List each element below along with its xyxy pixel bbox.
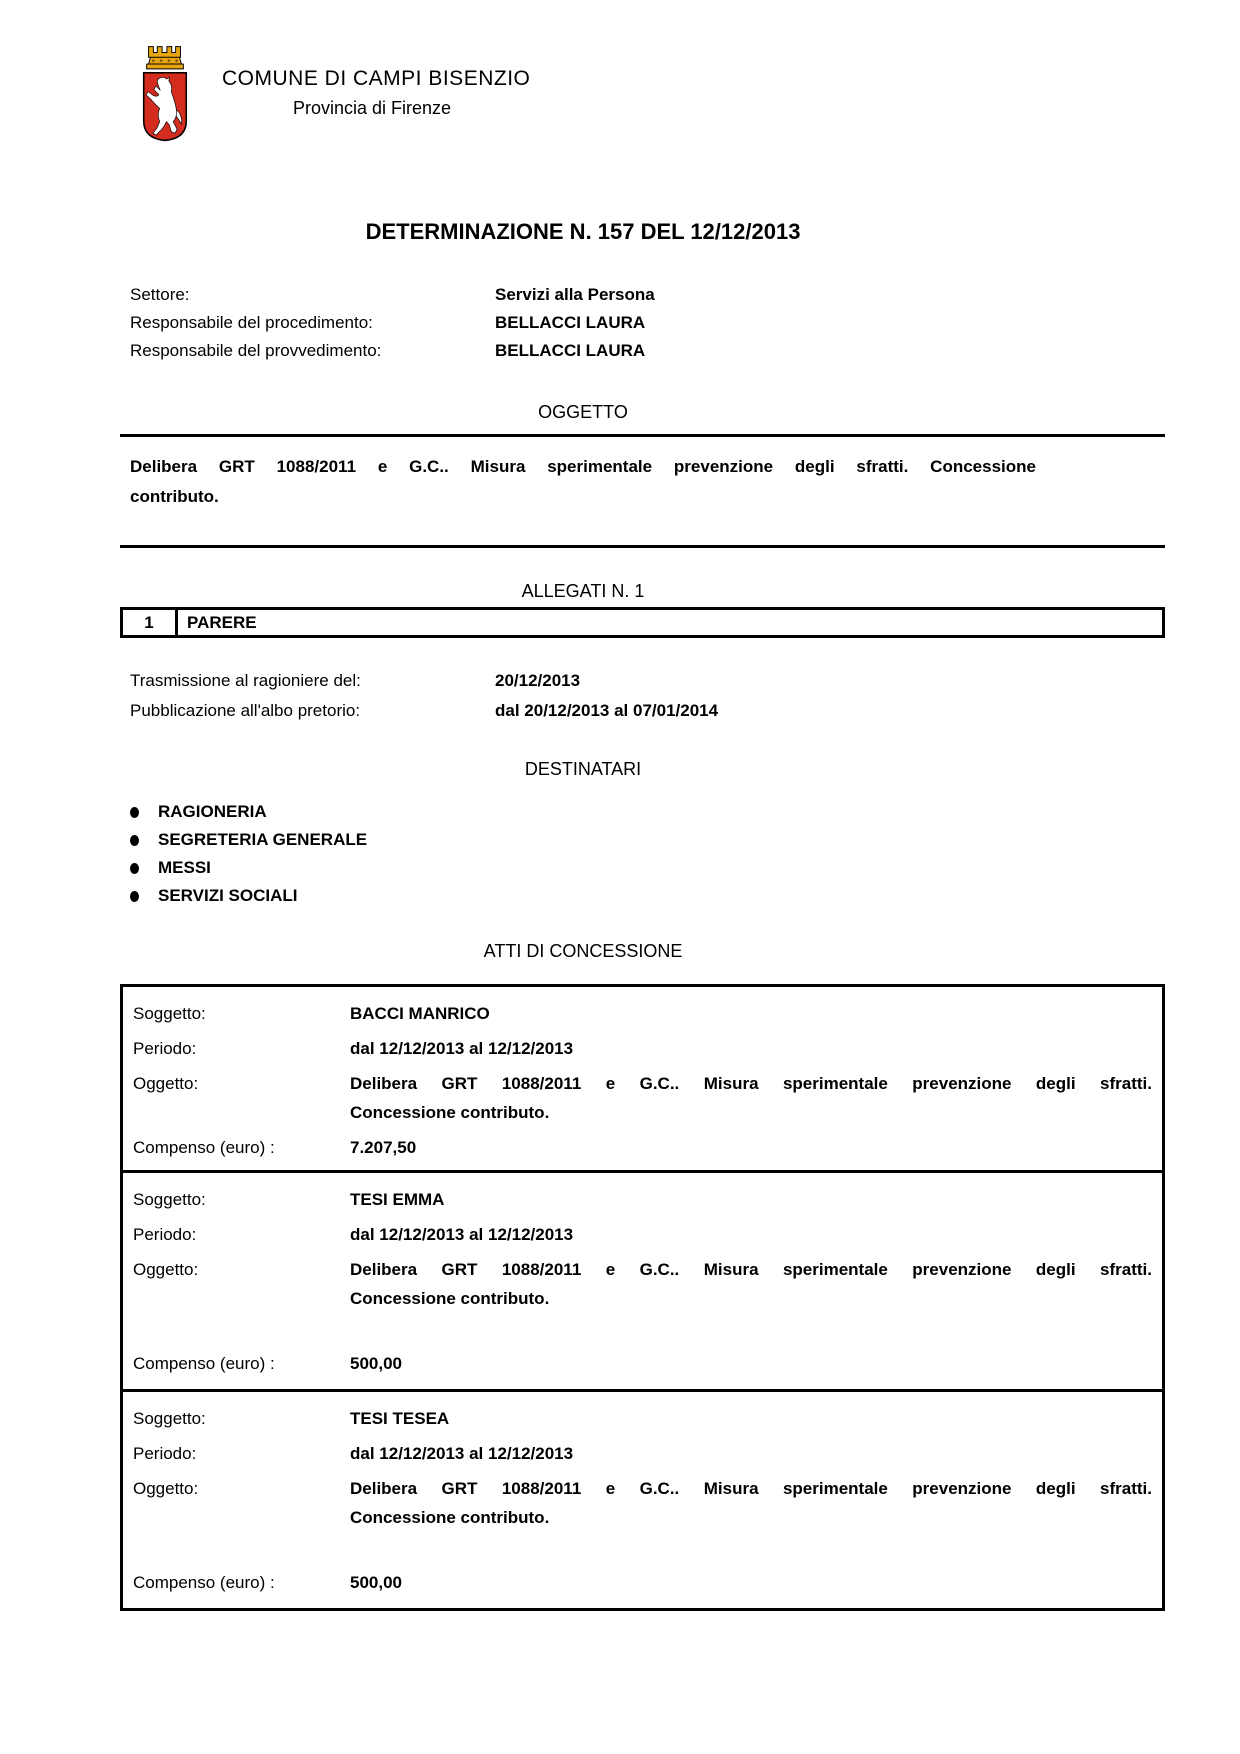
periodo-value: dal 12/12/2013 al 12/12/2013 <box>350 1034 1152 1063</box>
pubblicazione-value: dal 20/12/2013 al 07/01/2014 <box>495 696 718 726</box>
oggetto-value-line1: Delibera GRT 1088/2011 e G.C.. Misura sp… <box>350 1474 1152 1503</box>
oggetto-value: Delibera GRT 1088/2011 e G.C.. Misura sp… <box>350 1255 1152 1313</box>
destinatari-item-label: MESSI <box>158 858 211 878</box>
allegati-row-number: 1 <box>123 610 178 635</box>
allegati-row-name: PARERE <box>178 610 1162 635</box>
destinatari-item-label: SERVIZI SOCIALI <box>158 886 298 906</box>
atti-oggetto-row: Oggetto: Delibera GRT 1088/2011 e G.C.. … <box>133 1255 1152 1313</box>
bullet-icon <box>130 863 139 874</box>
atti-heading: ATTI DI CONCESSIONE <box>130 941 1036 961</box>
atti-soggetto-row: Soggetto: BACCI MANRICO <box>133 999 1152 1028</box>
oggetto-value-line1: Delibera GRT 1088/2011 e G.C.. Misura sp… <box>350 1069 1152 1098</box>
atti-oggetto-row: Oggetto: Delibera GRT 1088/2011 e G.C.. … <box>133 1069 1152 1127</box>
atti-compenso-row: Compenso (euro) : 7.207,50 <box>133 1133 1152 1162</box>
crest-crown-icon <box>147 47 184 69</box>
info-label: Responsabile del provvedimento: <box>130 337 495 365</box>
divider <box>120 434 1165 437</box>
destinatari-item: SEGRETERIA GENERALE <box>130 826 830 854</box>
allegati-table: 1 PARERE <box>120 607 1165 638</box>
destinatari-item: MESSI <box>130 854 830 882</box>
oggetto-value: Delibera GRT 1088/2011 e G.C.. Misura sp… <box>350 1474 1152 1532</box>
destinatari-item-label: RAGIONERIA <box>158 802 267 822</box>
municipality-name: COMUNE DI CAMPI BISENZIO <box>222 66 522 92</box>
periodo-value: dal 12/12/2013 al 12/12/2013 <box>350 1220 1152 1249</box>
info-label: Settore: <box>130 281 495 309</box>
trasmissione-label: Trasmissione al ragioniere del: <box>130 666 495 696</box>
atti-periodo-row: Periodo: dal 12/12/2013 al 12/12/2013 <box>133 1439 1152 1468</box>
oggetto-label: Oggetto: <box>133 1474 350 1532</box>
info-row-resp-procedimento: Responsabile del procedimento: BELLACCI … <box>130 309 1120 337</box>
info-section: Settore: Servizi alla Persona Responsabi… <box>130 281 1120 365</box>
trasmissione-section: Trasmissione al ragioniere del: 20/12/20… <box>130 666 1120 726</box>
atti-box-3: Soggetto: TESI TESEA Periodo: dal 12/12/… <box>120 1389 1165 1611</box>
document-page: COMUNE DI CAMPI BISENZIO Provincia di Fi… <box>0 0 1240 1754</box>
compenso-label: Compenso (euro) : <box>133 1568 350 1597</box>
compenso-value: 500,00 <box>350 1349 1152 1378</box>
header-text: COMUNE DI CAMPI BISENZIO Provincia di Fi… <box>222 66 522 120</box>
atti-compenso-row: Compenso (euro) : 500,00 <box>133 1568 1152 1597</box>
destinatari-item: SERVIZI SOCIALI <box>130 882 830 910</box>
atti-periodo-row: Periodo: dal 12/12/2013 al 12/12/2013 <box>133 1220 1152 1249</box>
oggetto-text-line1: Delibera GRT 1088/2011 e G.C.. Misura sp… <box>130 452 1036 482</box>
soggetto-value: BACCI MANRICO <box>350 999 1152 1028</box>
periodo-label: Periodo: <box>133 1439 350 1468</box>
atti-compenso-row: Compenso (euro) : 500,00 <box>133 1349 1152 1378</box>
info-value: BELLACCI LAURA <box>495 309 645 337</box>
bullet-icon <box>130 891 139 902</box>
destinatari-list: RAGIONERIA SEGRETERIA GENERALE MESSI SER… <box>130 798 830 910</box>
periodo-label: Periodo: <box>133 1220 350 1249</box>
pubblicazione-label: Pubblicazione all'albo pretorio: <box>130 696 495 726</box>
soggetto-label: Soggetto: <box>133 999 350 1028</box>
soggetto-value: TESI TESEA <box>350 1404 1152 1433</box>
oggetto-value-line2: Concessione contributo. <box>350 1503 1152 1532</box>
trasmissione-row: Trasmissione al ragioniere del: 20/12/20… <box>130 666 1120 696</box>
compenso-label: Compenso (euro) : <box>133 1133 350 1162</box>
municipal-crest-icon <box>136 42 194 148</box>
periodo-label: Periodo: <box>133 1034 350 1063</box>
oggetto-value-line2: Concessione contributo. <box>350 1098 1152 1127</box>
oggetto-value-line1: Delibera GRT 1088/2011 e G.C.. Misura sp… <box>350 1255 1152 1284</box>
province-name: Provincia di Firenze <box>222 96 522 120</box>
soggetto-value: TESI EMMA <box>350 1185 1152 1214</box>
info-value: Servizi alla Persona <box>495 281 655 309</box>
destinatari-item: RAGIONERIA <box>130 798 830 826</box>
oggetto-value-line2: Concessione contributo. <box>350 1284 1152 1313</box>
destinatari-item-label: SEGRETERIA GENERALE <box>158 830 367 850</box>
atti-soggetto-row: Soggetto: TESI EMMA <box>133 1185 1152 1214</box>
oggetto-text: Delibera GRT 1088/2011 e G.C.. Misura sp… <box>130 452 1036 512</box>
atti-periodo-row: Periodo: dal 12/12/2013 al 12/12/2013 <box>133 1034 1152 1063</box>
trasmissione-value: 20/12/2013 <box>495 666 580 696</box>
bullet-icon <box>130 835 139 846</box>
atti-soggetto-row: Soggetto: TESI TESEA <box>133 1404 1152 1433</box>
info-label: Responsabile del procedimento: <box>130 309 495 337</box>
bullet-icon <box>130 807 139 818</box>
divider <box>120 545 1165 548</box>
oggetto-label: Oggetto: <box>133 1069 350 1127</box>
compenso-value: 500,00 <box>350 1568 1152 1597</box>
oggetto-label: Oggetto: <box>133 1255 350 1313</box>
atti-box-1: Soggetto: BACCI MANRICO Periodo: dal 12/… <box>120 984 1165 1173</box>
oggetto-heading: OGGETTO <box>130 402 1036 422</box>
soggetto-label: Soggetto: <box>133 1185 350 1214</box>
info-row-resp-provvedimento: Responsabile del provvedimento: BELLACCI… <box>130 337 1120 365</box>
atti-box-2: Soggetto: TESI EMMA Periodo: dal 12/12/2… <box>120 1170 1165 1392</box>
oggetto-value: Delibera GRT 1088/2011 e G.C.. Misura sp… <box>350 1069 1152 1127</box>
periodo-value: dal 12/12/2013 al 12/12/2013 <box>350 1439 1152 1468</box>
compenso-value: 7.207,50 <box>350 1133 1152 1162</box>
atti-oggetto-row: Oggetto: Delibera GRT 1088/2011 e G.C.. … <box>133 1474 1152 1532</box>
soggetto-label: Soggetto: <box>133 1404 350 1433</box>
compenso-label: Compenso (euro) : <box>133 1349 350 1378</box>
oggetto-text-line2: contributo. <box>130 482 1036 512</box>
pubblicazione-row: Pubblicazione all'albo pretorio: dal 20/… <box>130 696 1120 726</box>
destinatari-heading: DESTINATARI <box>130 759 1036 779</box>
info-value: BELLACCI LAURA <box>495 337 645 365</box>
atti-section: Soggetto: BACCI MANRICO Periodo: dal 12/… <box>120 984 1165 1611</box>
document-title: DETERMINAZIONE N. 157 DEL 12/12/2013 <box>130 219 1036 245</box>
info-row-settore: Settore: Servizi alla Persona <box>130 281 1120 309</box>
allegati-heading: ALLEGATI N. 1 <box>130 581 1036 601</box>
